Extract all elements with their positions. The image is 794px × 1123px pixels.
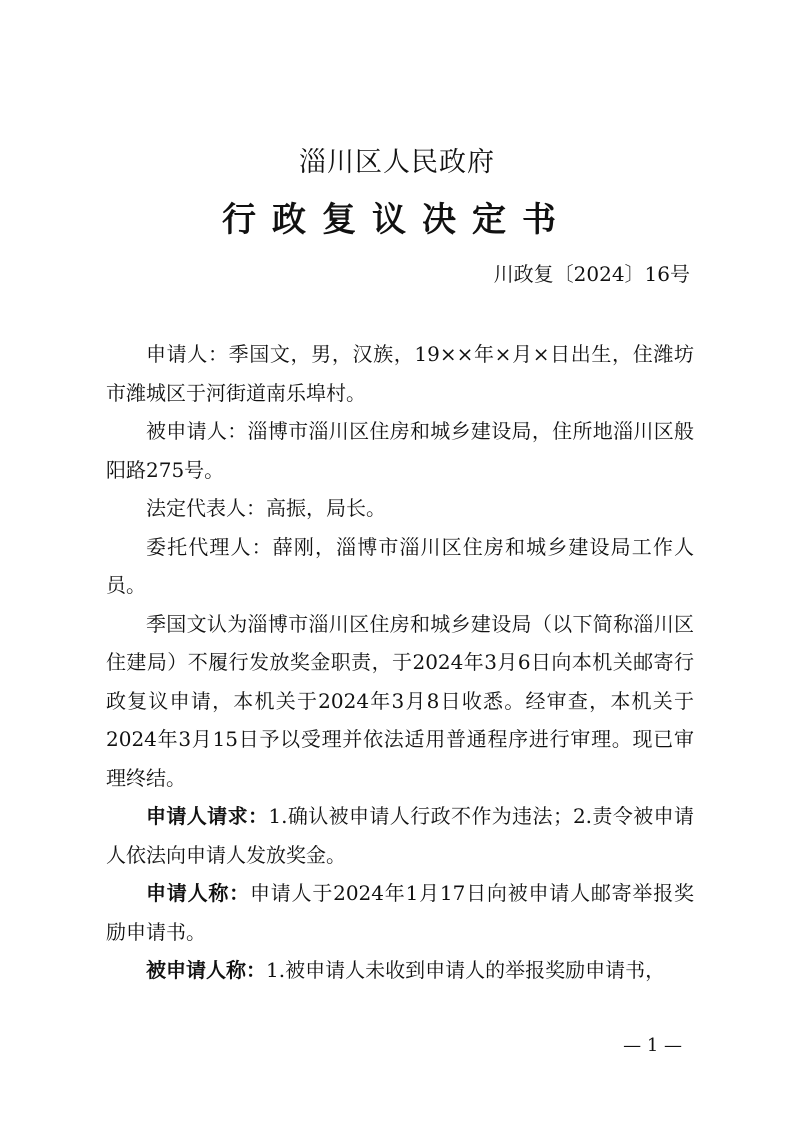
paragraph-respondent: 被申请人：淄博市淄川区住房和城乡建设局，住所地淄川区般阳路275号。 (106, 412, 694, 489)
paragraph-applicant-claims: 申请人称：申请人于2024年1月17日向被申请人邮寄举报奖励申请书。 (106, 874, 694, 951)
paragraph-legal-representative: 法定代表人：高振，局长。 (106, 489, 694, 528)
paragraph-agent: 委托代理人：薛刚，淄博市淄川区住房和城乡建设局工作人员。 (106, 528, 694, 605)
section-label: 申请人请求： (146, 804, 268, 828)
document-number: 川政复〔2024〕16号 (494, 258, 690, 287)
page-number: — 1 — (623, 1035, 682, 1056)
document-title: 行政复议决定书 (0, 192, 794, 241)
document-body: 申请人：季国文，男，汉族，19××年×月×日出生，住潍坊市潍城区于河街道南乐埠村… (106, 335, 694, 990)
issuing-organization: 淄川区人民政府 (0, 140, 794, 179)
section-label: 申请人称： (146, 881, 250, 905)
section-label: 被申请人称： (146, 958, 266, 982)
paragraph-applicant-request: 申请人请求：1.确认被申请人行政不作为违法；2.责令被申请人依法向申请人发放奖金… (106, 797, 694, 874)
paragraph-applicant: 申请人：季国文，男，汉族，19××年×月×日出生，住潍坊市潍城区于河街道南乐埠村… (106, 335, 694, 412)
paragraph-case-summary: 季国文认为淄博市淄川区住房和城乡建设局（以下简称淄川区住建局）不履行发放奖金职责… (106, 605, 694, 798)
paragraph-respondent-claims: 被申请人称：1.被申请人未收到申请人的举报奖励申请书， (106, 951, 694, 990)
